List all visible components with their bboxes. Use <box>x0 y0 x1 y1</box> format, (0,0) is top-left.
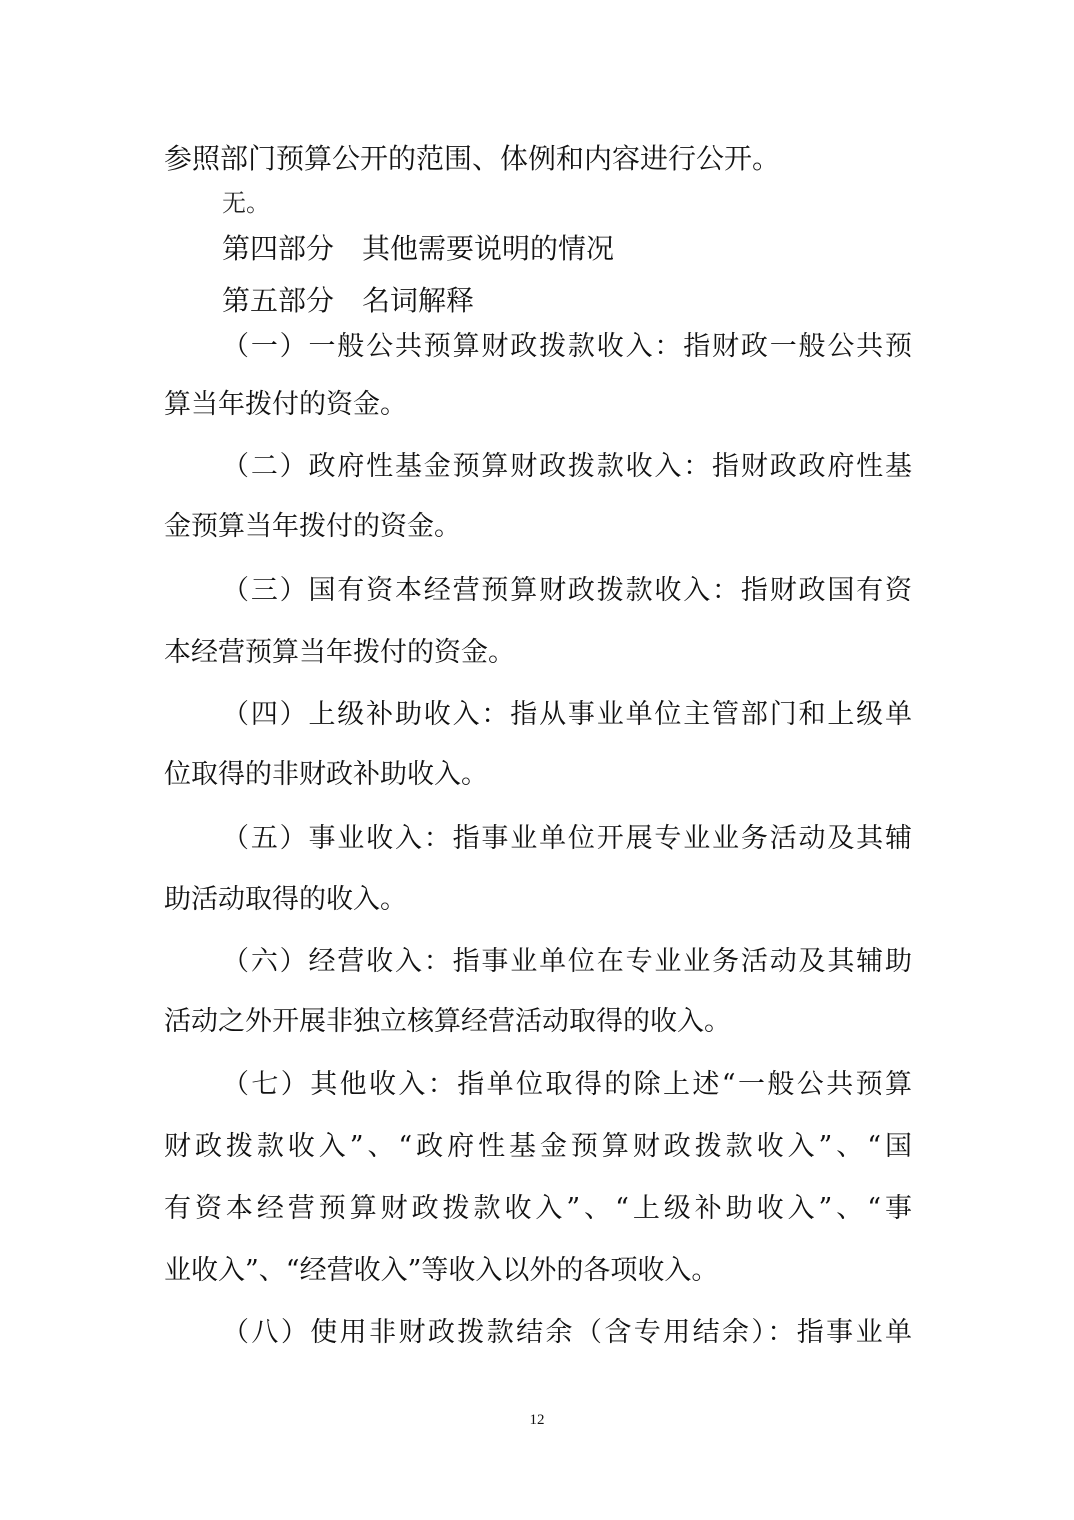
paragraph-line: 本经营预算当年拨付的资金。 <box>164 636 912 670</box>
paragraph-line: （一）一般公共预算财政拨款收入：指财政一般公共预 <box>222 330 912 364</box>
paragraph-line: 助活动取得的收入。 <box>164 883 912 917</box>
section-heading: 第五部分 名词解释 <box>222 284 912 318</box>
paragraph-line: 业收入”、“经营收入”等收入以外的各项收入。 <box>164 1254 912 1288</box>
paragraph-line: 位取得的非财政补助收入。 <box>164 758 912 792</box>
section-heading: 第四部分 其他需要说明的情况 <box>222 232 912 266</box>
paragraph-line: 财政拨款收入”、“政府性基金预算财政拨款收入”、“国 <box>164 1130 912 1164</box>
paragraph-line: 算当年拨付的资金。 <box>164 388 912 422</box>
paragraph-line: 金预算当年拨付的资金。 <box>164 510 912 544</box>
page-number: 12 <box>0 1412 1074 1429</box>
paragraph-line: （四）上级补助收入：指从事业单位主管部门和上级单 <box>222 698 912 732</box>
paragraph-line: 无。 <box>222 186 912 220</box>
paragraph-line: （六）经营收入：指事业单位在专业业务活动及其辅助 <box>222 945 912 979</box>
paragraph-line: （七）其他收入：指单位取得的除上述“一般公共预算 <box>222 1068 912 1102</box>
section-heading: 参照部门预算公开的范围、体例和内容进行公开。 <box>164 142 912 176</box>
paragraph-line: 活动之外开展非独立核算经营活动取得的收入。 <box>164 1005 912 1039</box>
paragraph-line: （五）事业收入：指事业单位开展专业业务活动及其辅 <box>222 822 912 856</box>
paragraph-line: （三）国有资本经营预算财政拨款收入：指财政国有资 <box>222 574 912 608</box>
paragraph-line: 有资本经营预算财政拨款收入”、“上级补助收入”、“事 <box>164 1192 912 1226</box>
paragraph-line: （八）使用非财政拨款结余（含专用结余）：指事业单 <box>222 1316 912 1350</box>
paragraph-line: （二）政府性基金预算财政拨款收入：指财政政府性基 <box>222 450 912 484</box>
